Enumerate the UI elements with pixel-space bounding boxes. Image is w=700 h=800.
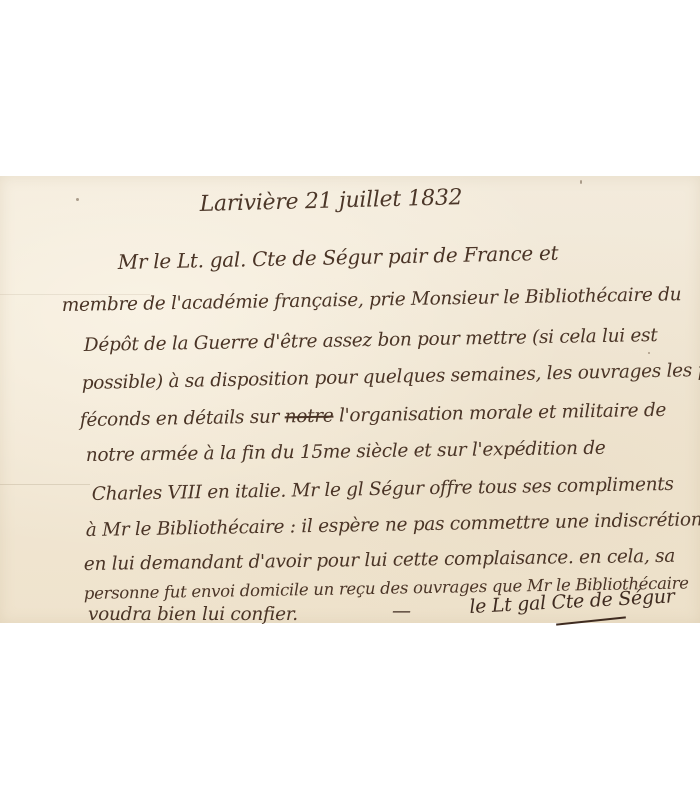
paper-speck bbox=[76, 198, 79, 201]
paper-crease bbox=[0, 484, 90, 485]
letter-line-11: voudra bien lui confier. bbox=[88, 604, 298, 625]
paper-speck bbox=[580, 180, 582, 184]
paper-speck bbox=[648, 352, 650, 354]
closing-dash: — bbox=[392, 600, 411, 622]
struck-word: notre bbox=[284, 406, 333, 428]
letter-line-5-start: féconds en détails sur bbox=[80, 407, 280, 431]
